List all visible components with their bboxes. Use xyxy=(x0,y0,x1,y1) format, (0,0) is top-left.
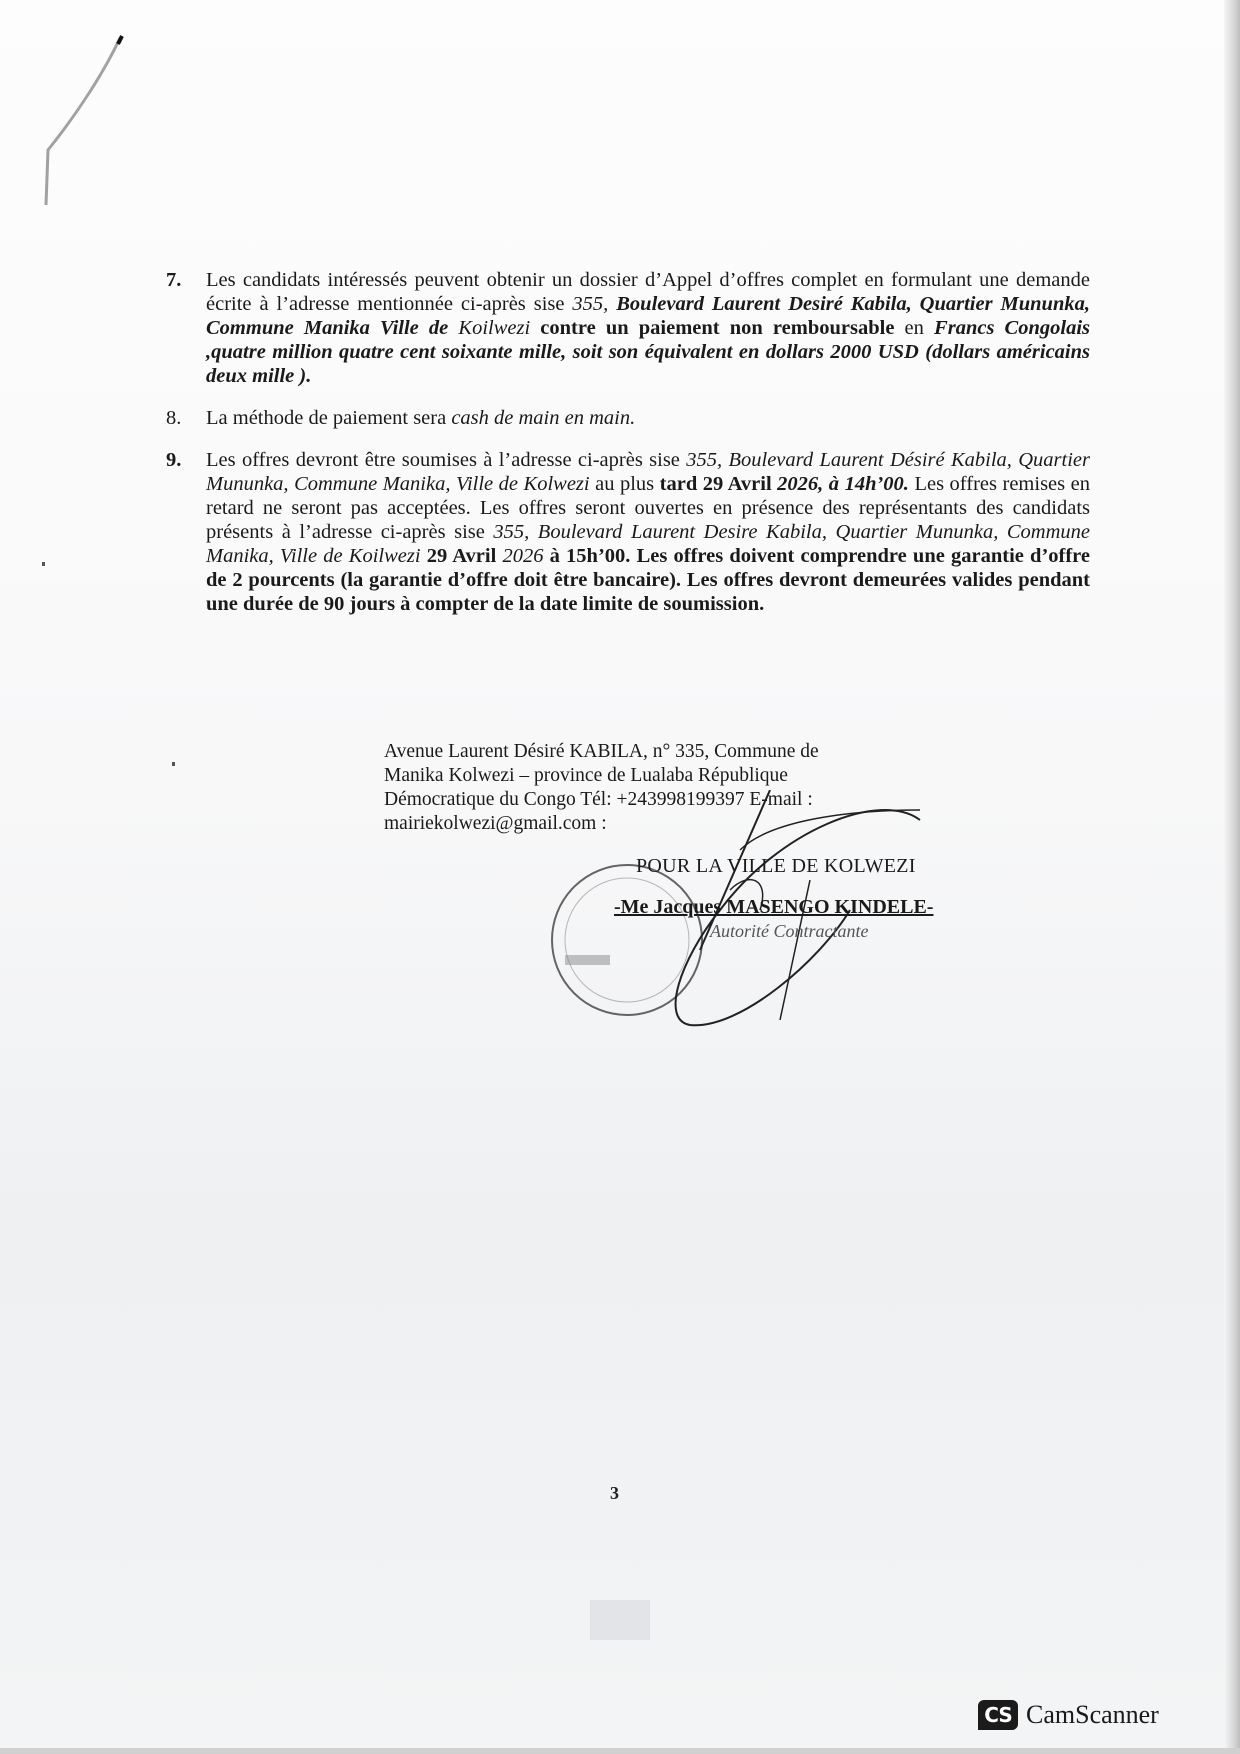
clause-number: 8. xyxy=(166,406,206,430)
text-run: en xyxy=(894,317,934,339)
text-run: 2026 xyxy=(502,545,543,567)
clause-text: Les offres devront être soumises à l’adr… xyxy=(206,448,1090,616)
document-body: 7. Les candidats intéressés peuvent obte… xyxy=(166,268,1090,634)
clause-text: La méthode de paiement sera cash de main… xyxy=(206,406,1090,430)
scan-dot xyxy=(42,562,45,566)
camscanner-watermark: CS CamScanner xyxy=(978,1700,1159,1730)
signatory-name: -Me Jacques MASENGO KINDELE- xyxy=(600,896,1020,919)
scan-smudge-mark xyxy=(40,30,150,220)
clause-7: 7. Les candidats intéressés peuvent obte… xyxy=(166,268,1090,388)
text-run: tard 29 Avril xyxy=(660,473,778,495)
clause-8: 8. La méthode de paiement sera cash de m… xyxy=(166,406,1090,430)
text-run: au plus xyxy=(590,473,660,495)
camscanner-logo-icon: CS xyxy=(978,1700,1018,1730)
text-run: La méthode de paiement sera xyxy=(206,407,451,429)
clause-9: 9. Les offres devront être soumises à l’… xyxy=(166,448,1090,616)
page-number: 3 xyxy=(610,1483,619,1504)
camscanner-label: CamScanner xyxy=(1026,1700,1159,1730)
signatory-role: Autorité Contractante xyxy=(600,921,1020,942)
text-run: 355, xyxy=(572,293,616,315)
text-run: 29 Avril xyxy=(421,545,503,567)
text-run: Les offres devront être soumises à l’adr… xyxy=(206,449,686,471)
address-line: Manika Kolwezi – province de Lualaba Rép… xyxy=(384,764,904,788)
scan-artifact xyxy=(590,1600,650,1640)
scan-dot xyxy=(172,762,175,766)
signature-block: POUR LA VILLE DE KOLWEZI -Me Jacques MAS… xyxy=(600,855,1020,942)
text-run: Koilwezi xyxy=(458,317,530,339)
clause-number: 9. xyxy=(166,448,206,616)
clause-number: 7. xyxy=(166,268,206,388)
page-edge-shadow xyxy=(1224,0,1240,1754)
text-run: cash de main en main. xyxy=(451,407,635,429)
page-bottom-edge xyxy=(0,1748,1240,1754)
address-line: Avenue Laurent Désiré KABILA, n° 335, Co… xyxy=(384,740,904,764)
clause-text: Les candidats intéressés peuvent obtenir… xyxy=(206,268,1090,388)
text-run: contre un paiement non remboursable xyxy=(530,317,894,339)
text-run: 2026, à 14h’00. xyxy=(777,473,909,495)
signatory-organization: POUR LA VILLE DE KOLWEZI xyxy=(600,855,1020,878)
